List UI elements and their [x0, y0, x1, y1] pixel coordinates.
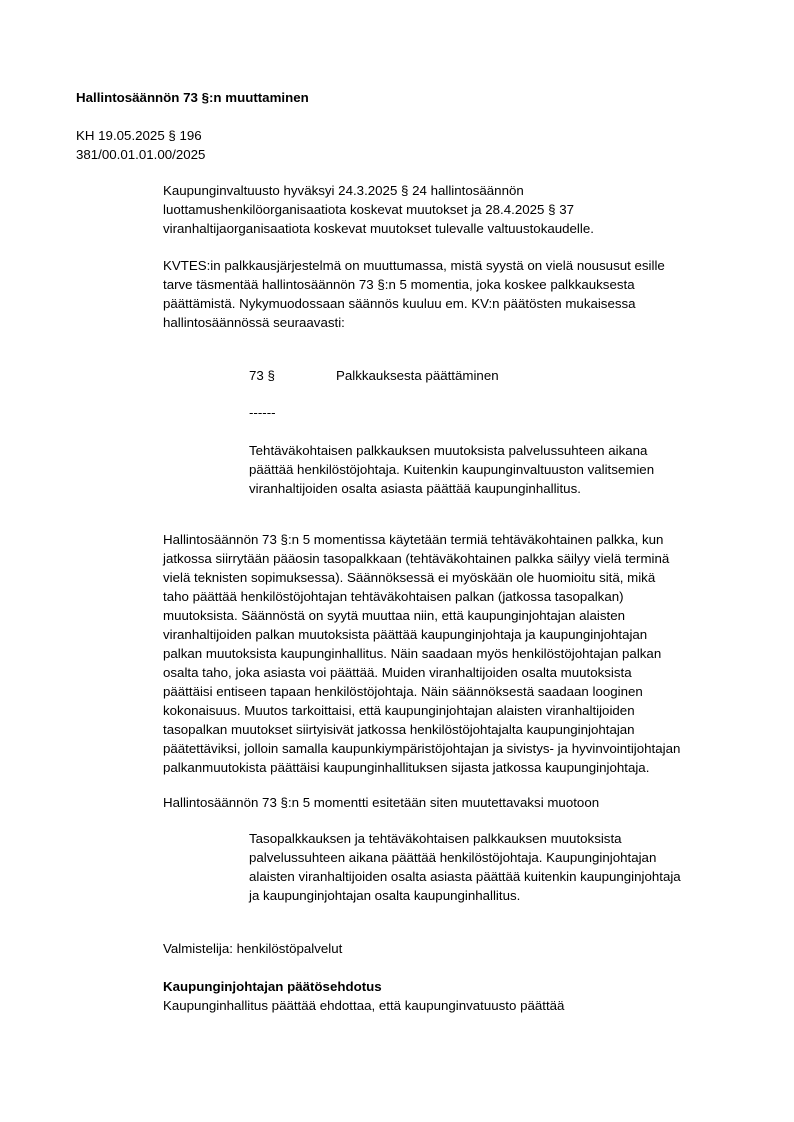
text-line: osalta taho, joka asiasta voi päättää. M…: [163, 663, 680, 682]
text-line: alaisten viranhaltijoiden osalta asiasta…: [249, 867, 681, 886]
explanation-paragraph: Hallintosäännön 73 §:n 5 momentissa käyt…: [163, 530, 680, 777]
text-line: viranhaltijaorganisaatiota koskevat muut…: [163, 219, 594, 238]
intro-paragraph: Kaupunginvaltuusto hyväksyi 24.3.2025 § …: [163, 181, 594, 238]
proposal-intro: Hallintosäännön 73 §:n 5 momentti esitet…: [163, 793, 599, 812]
text-line: kokonaisuus. Muutos tarkoittaisi, että k…: [163, 701, 680, 720]
current-section-number: 73 §: [249, 366, 275, 385]
kvtes-paragraph: KVTES:in palkkausjärjestelmä on muuttuma…: [163, 256, 665, 332]
text-line: päättämistä. Nykymuodossaan säännös kuul…: [163, 294, 665, 313]
text-line: palkanmuutokista päättäisi kaupunginhall…: [163, 758, 680, 777]
text-line: päätettäviksi, jolloin samalla kaupunkiy…: [163, 739, 680, 758]
text-line: KVTES:in palkkausjärjestelmä on muuttuma…: [163, 256, 665, 275]
text-line: jatkossa siirrytään pääosin tasopalkkaan…: [163, 549, 680, 568]
text-line: päättää henkilöstöjohtaja. Kuitenkin kau…: [249, 460, 654, 479]
text-line: taho päättää henkilöstöjohtajan tehtäväk…: [163, 587, 680, 606]
text-line: luottamushenkilöorganisaatiota koskevat …: [163, 200, 594, 219]
proposed-rule-text: Tasopalkkauksen ja tehtäväkohtaisen palk…: [249, 829, 681, 905]
document-title: Hallintosäännön 73 §:n muuttaminen: [76, 88, 309, 107]
text-line: Tasopalkkauksen ja tehtäväkohtaisen palk…: [249, 829, 681, 848]
meeting-reference: KH 19.05.2025 § 196: [76, 126, 205, 145]
text-line: Hallintosäännön 73 §:n 5 momentissa käyt…: [163, 530, 680, 549]
text-line: päättäisi entiseen tapaan henkilöstöjoht…: [163, 682, 680, 701]
text-line: Tehtäväkohtaisen palkkauksen muutoksista…: [249, 441, 654, 460]
text-line: vielä teknisten sopimuksessa). Säännökse…: [163, 568, 680, 587]
meta-block: KH 19.05.2025 § 196 381/00.01.01.00/2025: [76, 126, 205, 164]
decision-text: Kaupunginhallitus päättää ehdottaa, että…: [163, 996, 564, 1015]
text-line: muutoksista. Säännöstä on syytä muuttaa …: [163, 606, 680, 625]
text-line: ja kaupunginjohtajan osalta kaupunginhal…: [249, 886, 681, 905]
case-number: 381/00.01.01.00/2025: [76, 145, 205, 164]
current-rule-text: Tehtäväkohtaisen palkkauksen muutoksista…: [249, 441, 654, 498]
preparer: Valmistelija: henkilöstöpalvelut: [163, 939, 342, 958]
text-line: viranhaltijoiden palkan muutoksista päät…: [163, 625, 680, 644]
text-line: Kaupunginvaltuusto hyväksyi 24.3.2025 § …: [163, 181, 594, 200]
decision-heading: Kaupunginjohtajan päätösehdotus: [163, 977, 382, 996]
text-line: palkan muutoksista kaupunginhallitus. Nä…: [163, 644, 680, 663]
text-line: palvelussuhteen aikana päättää henkilöst…: [249, 848, 681, 867]
current-section-title: Palkkauksesta päättäminen: [336, 366, 499, 385]
text-line: hallintosäännössä seuraavasti:: [163, 313, 665, 332]
text-line: tasopalkan muutokset siirtyisivät jatkos…: [163, 720, 680, 739]
text-line: tarve täsmentää hallintosäännön 73 §:n 5…: [163, 275, 665, 294]
section-separator: ------: [249, 403, 276, 422]
text-line: viranhaltijoiden osalta asiasta päättää …: [249, 479, 654, 498]
